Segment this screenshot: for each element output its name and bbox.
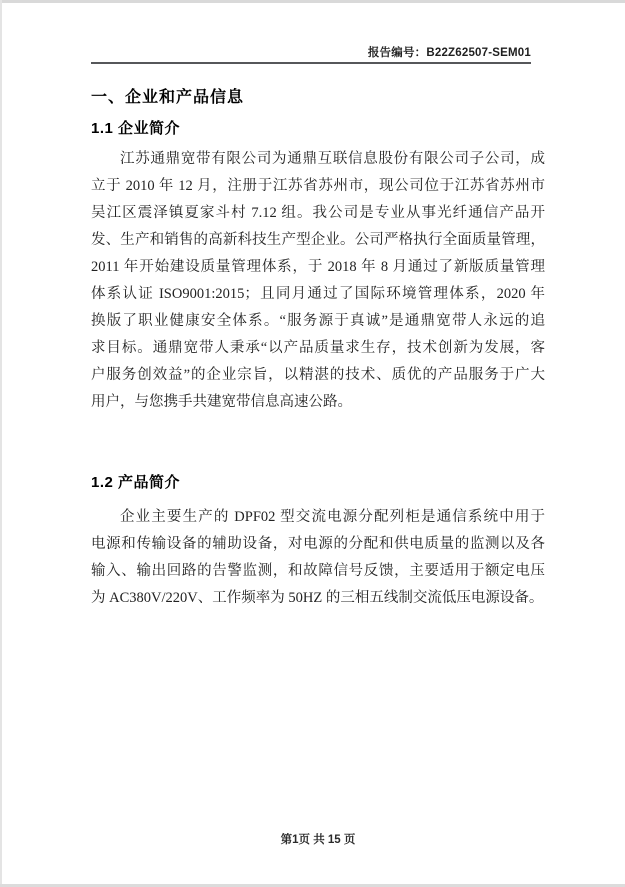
subsection-heading-product-profile: 1.2 产品简介 bbox=[91, 471, 180, 492]
product-profile-paragraph: 企业主要生产的 DPF02 型交流电源分配列柜是通信系统中用于 电源和传输设备的… bbox=[91, 504, 545, 612]
paragraph-line: 用户，与您携手共建宽带信息高速公路。 bbox=[91, 389, 545, 416]
paragraph-line: 2011 年开始建设质量管理体系，于 2018 年 8 月通过了新版质量管理 bbox=[91, 254, 545, 281]
company-profile-paragraph: 江苏通鼎宽带有限公司为通鼎互联信息股份有限公司子公司，成 立于 2010 年 1… bbox=[91, 146, 545, 416]
paragraph-line: 电源和传输设备的辅助设备，对电源的分配和供电质量的监测以及各 bbox=[91, 531, 545, 558]
page-left-edge bbox=[0, 0, 2, 887]
header-divider-line bbox=[91, 62, 531, 64]
paragraph-line: 为 AC380V/220V、工作频率为 50HZ 的三相五线制交流低压电源设备。 bbox=[91, 585, 545, 612]
paragraph-line: 户服务创效益”的企业宗旨，以精湛的技术、质优的产品服务于广大 bbox=[91, 362, 545, 389]
section-heading: 一、企业和产品信息 bbox=[91, 84, 244, 107]
subsection-heading-company-profile: 1.1 企业简介 bbox=[91, 117, 180, 138]
paragraph-line: 立于 2010 年 12 月，注册于江苏省苏州市，现公司位于江苏省苏州市 bbox=[91, 173, 545, 200]
paragraph-line: 求目标。通鼎宽带人秉承“以产品质量求生存，技术创新为发展，客 bbox=[91, 335, 545, 362]
paragraph-line: 输入、输出回路的告警监测，和故障信号反馈，主要适用于额定电压 bbox=[91, 558, 545, 585]
document-page: 报告编号：B22Z62507-SEM01 一、企业和产品信息 1.1 企业简介 … bbox=[0, 0, 625, 887]
paragraph-line: 发、生产和销售的高新科技生产型企业。公司严格执行全面质量管理， bbox=[91, 227, 545, 254]
page-footer: 第1页 共 15 页 bbox=[91, 831, 545, 847]
paragraph-line: 江苏通鼎宽带有限公司为通鼎互联信息股份有限公司子公司，成 bbox=[91, 146, 545, 173]
report-number: 报告编号：B22Z62507-SEM01 bbox=[91, 44, 531, 60]
paragraph-line: 企业主要生产的 DPF02 型交流电源分配列柜是通信系统中用于 bbox=[91, 504, 545, 531]
paragraph-line: 换版了职业健康安全体系。“服务源于真诚”是通鼎宽带人永远的追 bbox=[91, 308, 545, 335]
paragraph-line: 体系认证 ISO9001:2015；且同月通过了国际环境管理体系，2020 年 bbox=[91, 281, 545, 308]
page-top-edge bbox=[0, 0, 625, 3]
paragraph-line: 吴江区震泽镇夏家斗村 7.12 组。我公司是专业从事光纤通信产品开 bbox=[91, 200, 545, 227]
